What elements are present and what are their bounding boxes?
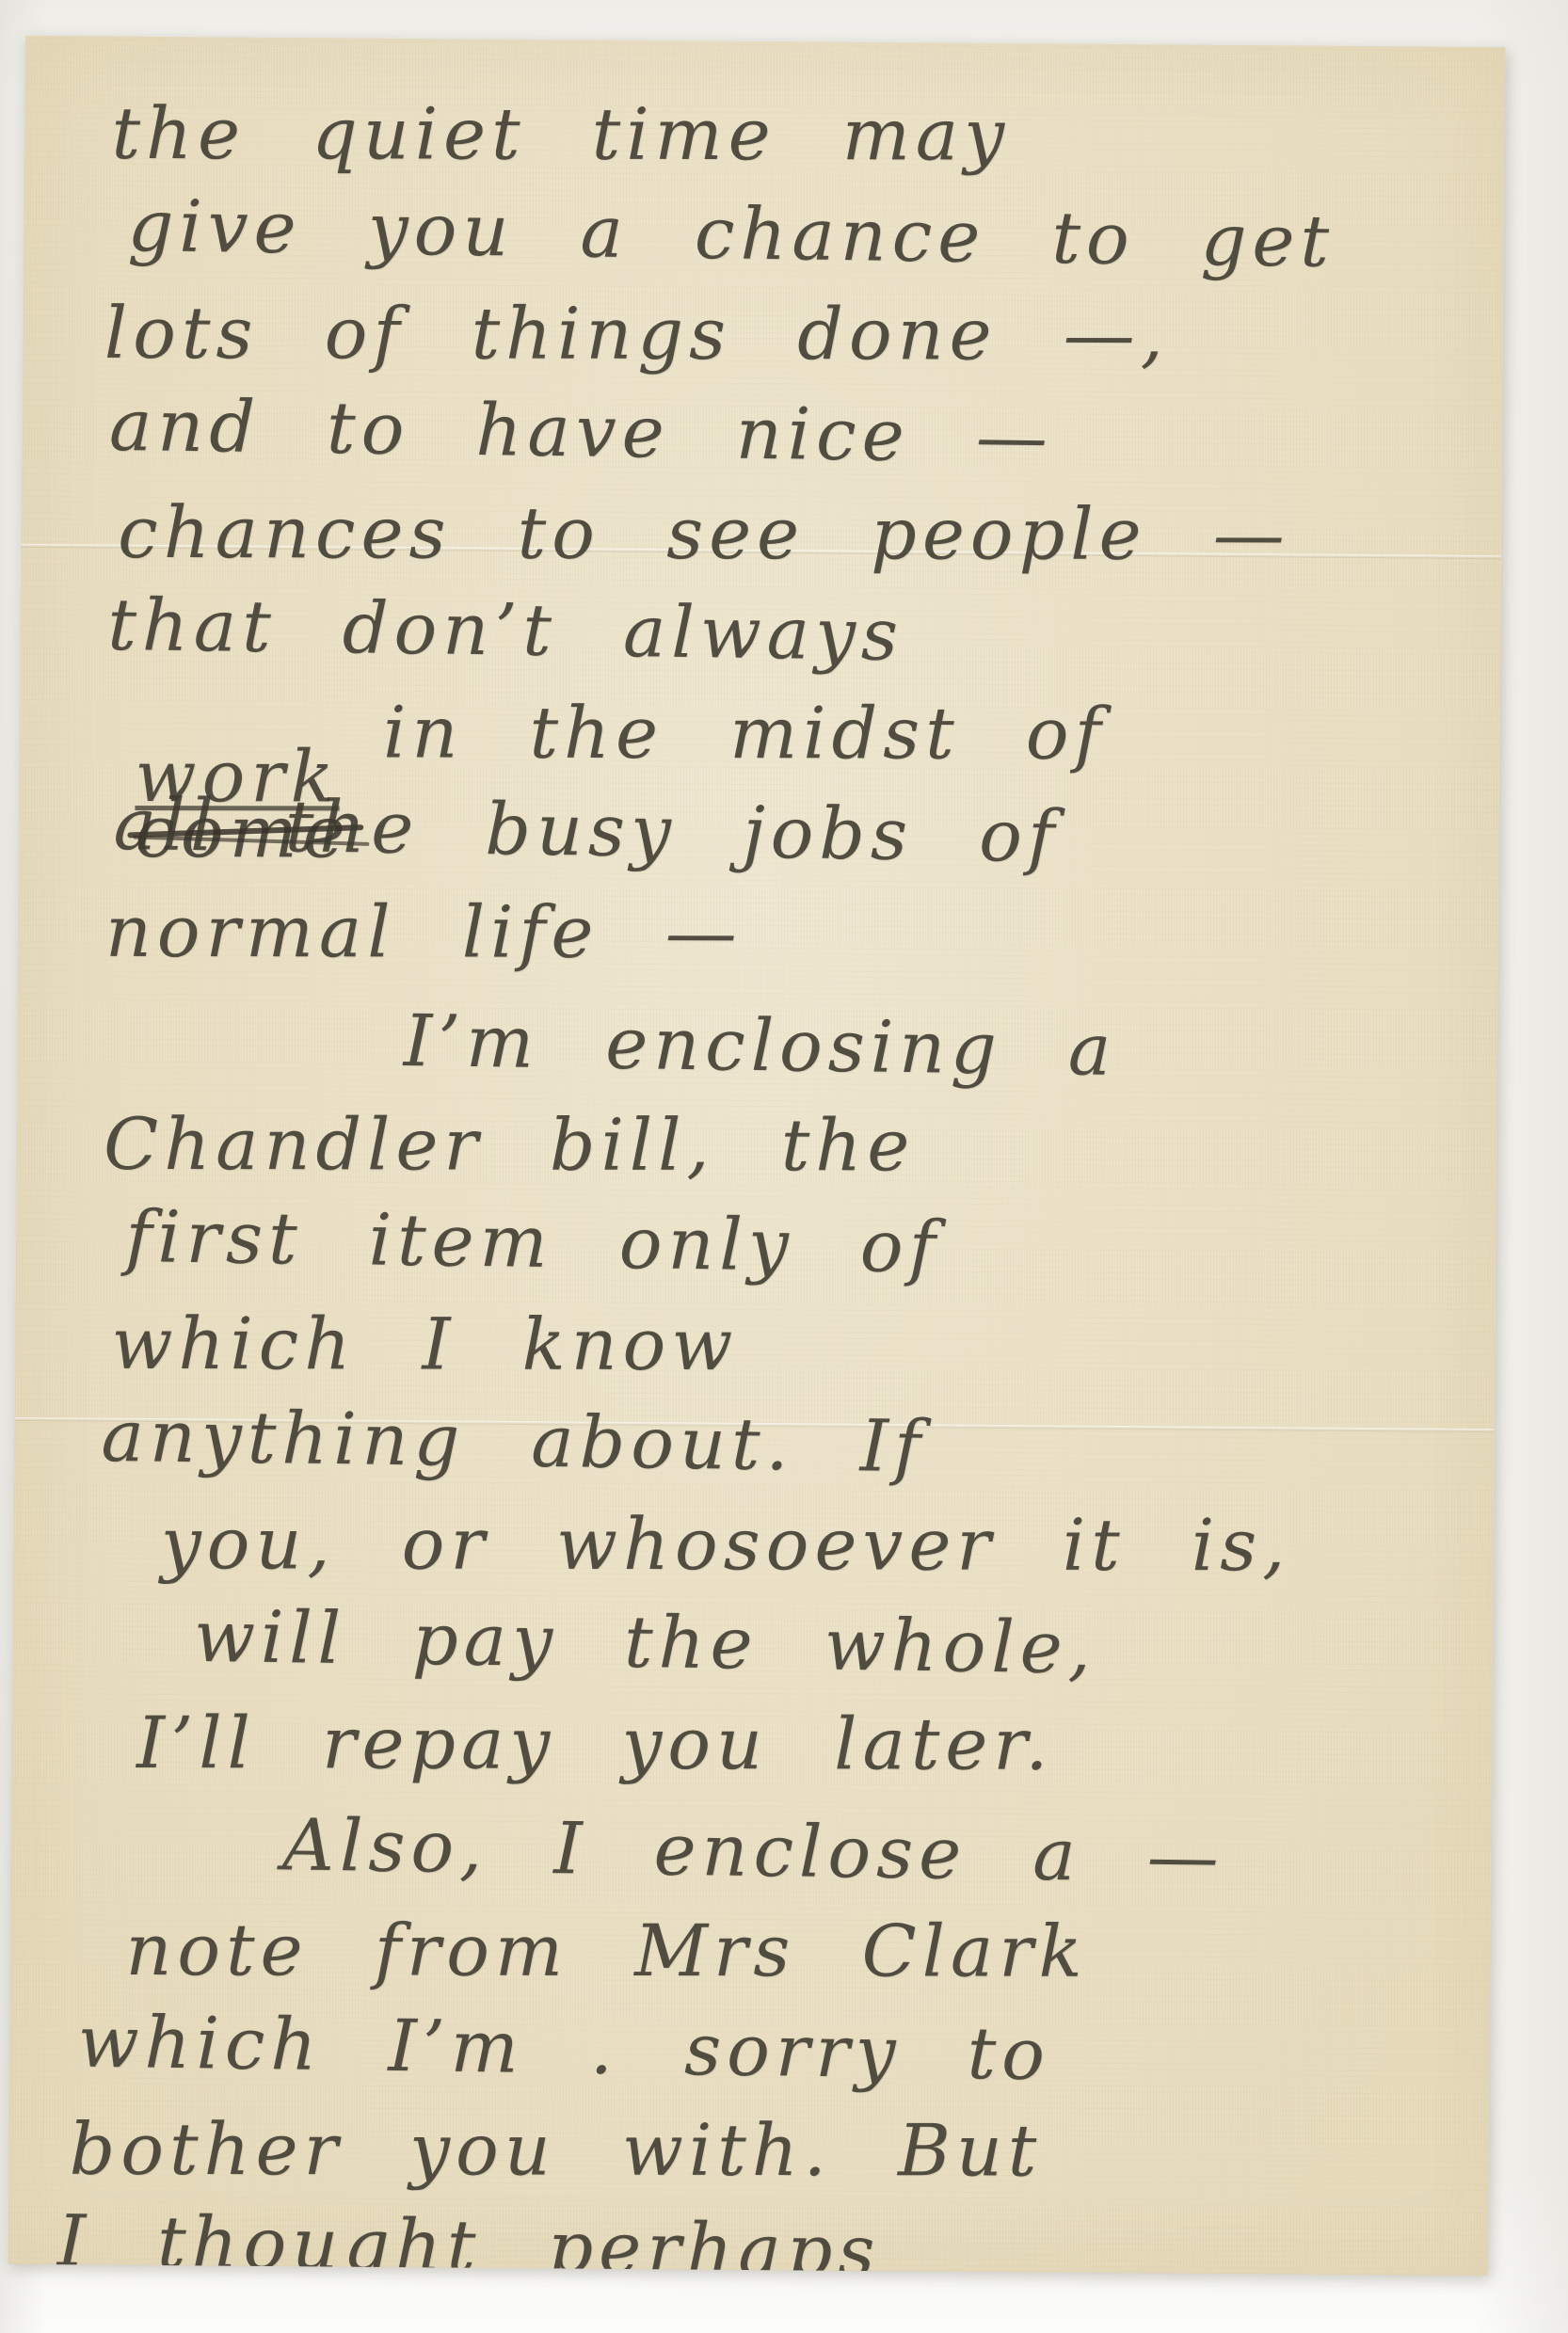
handwritten-line: which I know — [111, 1294, 1438, 1396]
handwritten-line: bother you with. But — [70, 2100, 1432, 2202]
text-run: normal life — — [105, 889, 743, 974]
handwritten-line: and to have nice — — [108, 376, 1446, 493]
text-run: Chandler bill, the — [104, 1102, 915, 1188]
text-run: I’m enclosing a — [403, 999, 1116, 1092]
text-run: that don’t always — [107, 583, 904, 677]
text-run: will pay the whole, — [193, 1594, 1096, 1690]
letter-text: the quiet time maygive you a chance to g… — [8, 36, 1506, 2276]
text-run: chances to see people — — [118, 490, 1290, 576]
text-run: you, or whosoever it is, — [161, 1501, 1291, 1587]
text-run: anything about. If — [101, 1394, 927, 1488]
handwritten-line: which I’m . sorry to — [77, 1992, 1433, 2110]
text-run: which I’m . sorry to — [77, 2000, 1051, 2097]
text-run: lots of things done —, — [104, 291, 1169, 376]
handwritten-line: normal life — — [105, 882, 1442, 983]
handwritten-line: Chandler bill, the — [104, 1095, 1440, 1196]
handwritten-line: all the busy jobs of — [113, 775, 1443, 891]
scan-page: { "document": { "kind": "handwritten-let… — [0, 0, 1568, 2333]
text-run: which I know — [111, 1302, 738, 1386]
handwritten-line: note from Mrs Clark — [125, 1900, 1433, 2002]
handwritten-line: I thought perhaps — [56, 2191, 1432, 2276]
text-run: the quiet time may — [111, 91, 1010, 177]
text-run: Also, I enclose a — — [282, 1802, 1225, 1898]
handwritten-line: lots of things done —, — [104, 283, 1447, 385]
handwritten-line: I’m enclosing a — [104, 987, 1441, 1105]
handwritten-line: give you a chance to get — [127, 176, 1448, 293]
letter-paper: the quiet time maygive you a chance to g… — [8, 36, 1506, 2276]
text-run: I thought perhaps — [56, 2198, 881, 2276]
text-run: first item only of — [125, 1194, 942, 1288]
handwritten-line: that don’t always — [107, 575, 1445, 693]
text-run: I’ll repay you later. — [136, 1701, 1054, 1786]
text-run: note from Mrs Clark — [125, 1908, 1087, 1993]
text-run: and to have nice — — [109, 383, 1054, 479]
handwritten-line: will pay the whole, — [193, 1587, 1436, 1702]
handwritten-line: first item only of — [125, 1187, 1440, 1303]
handwritten-line: chances to see people — — [118, 483, 1445, 584]
handwritten-line: the quiet time may — [111, 84, 1448, 185]
handwritten-line: anything about. If — [101, 1386, 1438, 1504]
text-run: give you a chance to get — [127, 184, 1335, 283]
handwritten-line: I’ll repay you later. — [136, 1693, 1435, 1795]
handwritten-line: workcomein the midst of — [135, 682, 1443, 784]
handwritten-line: you, or whosoever it is, — [161, 1494, 1437, 1595]
text-run: bother you with. But — [70, 2107, 1043, 2193]
handwritten-line: Also, I enclose a — — [98, 1793, 1435, 1910]
text-run: all the busy jobs of — [113, 782, 1061, 878]
text-run: in the midst of — [383, 691, 1107, 775]
